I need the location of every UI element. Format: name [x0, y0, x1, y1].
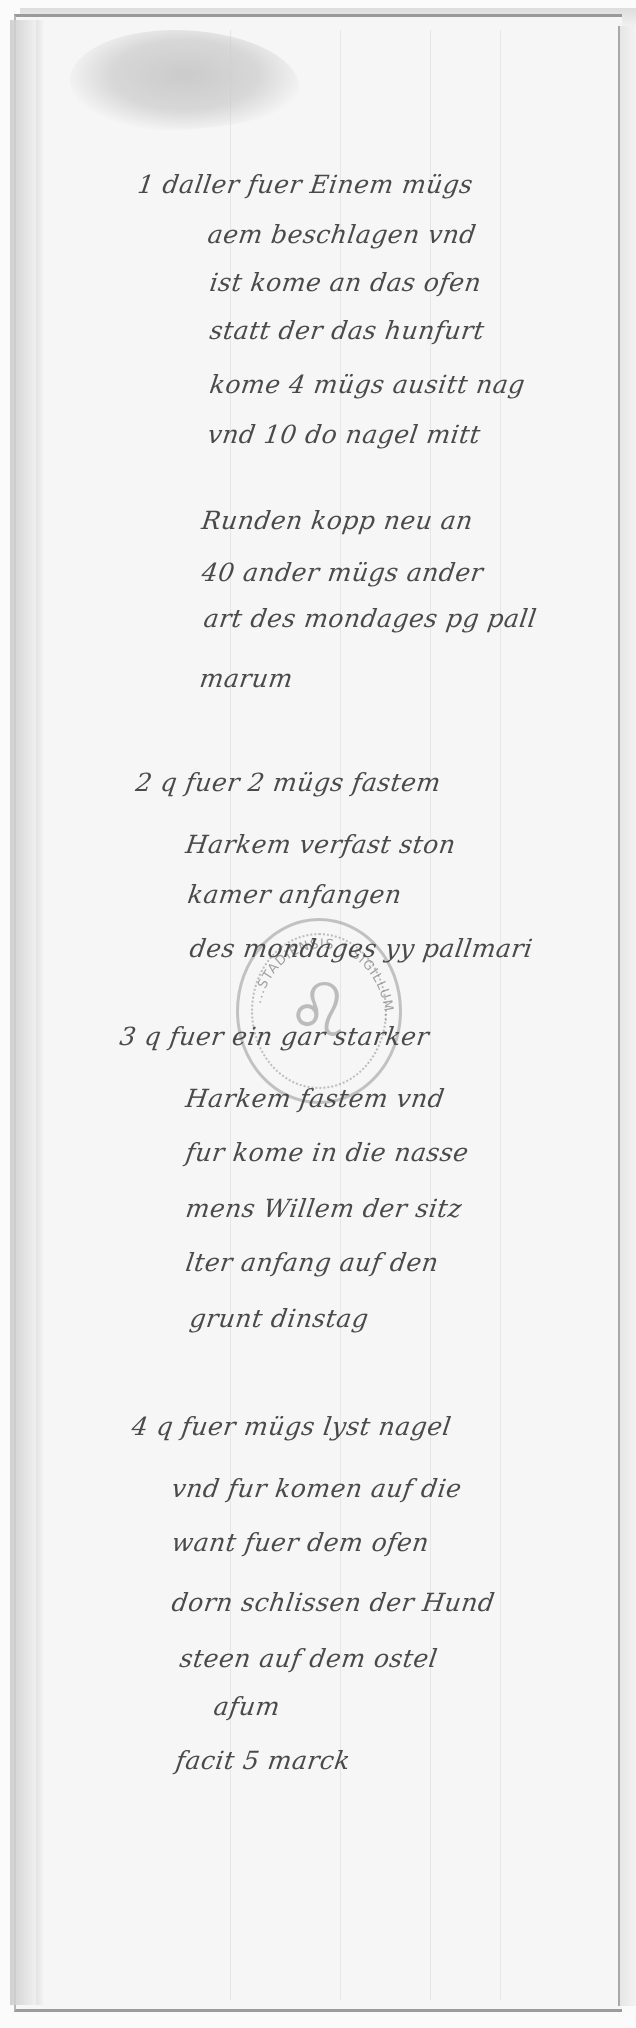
- entry-2-line-4: des mondages yy pallmari: [188, 936, 534, 961]
- entry-4-line-1: 4 q fuer mügs lyst nagel: [130, 1414, 453, 1439]
- entry-1-line-1: 1 daller fuer Einem mügs: [136, 172, 474, 197]
- entry-3-line-3: fur kome in die nasse: [184, 1140, 470, 1165]
- entry-2-line-1: 2 q fuer 2 mügs fastem: [134, 770, 442, 795]
- entry-4-line-5: steen auf dem ostel: [178, 1646, 439, 1671]
- entry-1-line-3: ist kome an das ofen: [208, 270, 483, 295]
- scanned-page: ♌ ...STADIENSIS * SIGILLUM... 1 daller f…: [0, 0, 636, 2028]
- entry-1-line-6: vnd 10 do nagel mitt: [206, 422, 482, 447]
- entry-1-line-9: art des mondages pg pall: [202, 606, 538, 631]
- entry-4-line-3: want fuer dem ofen: [170, 1530, 431, 1555]
- entry-3-line-4: mens Willem der sitz: [184, 1196, 463, 1221]
- entry-2-line-2: Harkem verfast ston: [184, 832, 457, 857]
- entry-4-line-2: vnd fur komen auf die: [170, 1476, 463, 1501]
- entry-3-line-1: 3 q fuer ein gar starker: [118, 1024, 431, 1049]
- entry-1-line-10: marum: [198, 666, 294, 691]
- entry-2-line-3: kamer anfangen: [186, 882, 403, 907]
- entry-3-line-5: lter anfang auf den: [184, 1250, 440, 1275]
- entry-1-line-2: aem beschlagen vnd: [206, 222, 478, 247]
- entry-4-line-6: afum: [212, 1694, 281, 1719]
- entry-3-line-2: Harkem fastem vnd: [184, 1086, 446, 1111]
- manuscript-text: 1 daller fuer Einem mügs aem beschlagen …: [0, 0, 636, 2028]
- entry-1-line-8: 40 ander mügs ander: [200, 560, 485, 585]
- entry-3-line-6: grunt dinstag: [188, 1306, 370, 1331]
- entry-4-line-4: dorn schlissen der Hund: [170, 1590, 496, 1615]
- entry-4-total: facit 5 marck: [174, 1748, 352, 1773]
- entry-1-line-5: kome 4 mügs ausitt nag: [208, 372, 526, 397]
- entry-1-line-4: statt der das hunfurt: [208, 318, 486, 343]
- entry-1-line-7: Runden kopp neu an: [200, 508, 474, 533]
